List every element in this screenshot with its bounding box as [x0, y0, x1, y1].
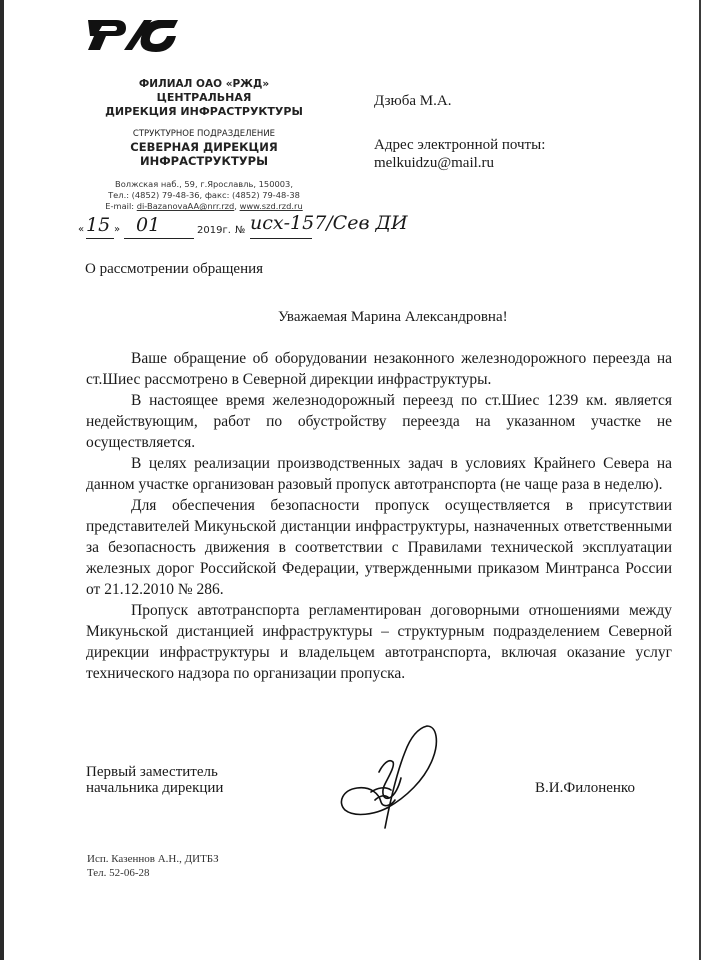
signatory-title-line-2: начальника дирекции [86, 780, 223, 796]
signatory-name: В.И.Филоненко [535, 780, 635, 797]
subdivision-label: СТРУКТУРНОЕ ПОДРАЗДЕЛЕНИЕ [84, 128, 324, 140]
letter-subject: О рассмотрении обращения [85, 261, 263, 278]
day-underline [86, 238, 114, 239]
number-underline [250, 238, 312, 239]
recipient-name: Дзюба М.А. [374, 92, 545, 110]
open-quote: « [78, 224, 84, 235]
subdivision-block: СТРУКТУРНОЕ ПОДРАЗДЕЛЕНИЕ СЕВЕРНАЯ ДИРЕК… [84, 128, 324, 168]
paragraph: Для обеспечения безопасности пропуск осу… [86, 495, 672, 600]
date-number-line: « 15 » 01 2019г. № исх-157/Сев ДИ [74, 214, 404, 242]
paragraph: В настоящее время железнодорожный переез… [86, 390, 672, 453]
org-line-2: ЦЕНТРАЛЬНАЯ [84, 91, 324, 105]
postal-address: Волжская наб., 59, г.Ярославль, 150003, [84, 179, 324, 190]
email-label: E-mail: [105, 201, 136, 211]
email-web-line: E-mail: di-BazanovaAA@nrr.rzd, www.szd.r… [84, 201, 324, 212]
executor-phone: Тел. 52-06-28 [87, 866, 219, 880]
org-email-link[interactable]: di-BazanovaAA@nrr.rzd [137, 201, 235, 211]
date-month: 01 [136, 214, 160, 236]
website-link[interactable]: www.szd.rzd.ru [240, 201, 303, 211]
scan-edge-left [0, 0, 4, 960]
paragraph: Пропуск автотранспорта регламентирован д… [86, 600, 672, 684]
signatory-title-line-1: Первый заместитель [86, 764, 223, 780]
close-quote: » [114, 224, 120, 235]
recipient-email[interactable]: melkuidzu@mail.ru [374, 154, 545, 172]
recipient-block: Дзюба М.А. Адрес электронной почты: melk… [374, 92, 545, 172]
paragraph: Ваше обращение об оборудовании незаконно… [86, 348, 672, 390]
phone-fax: Тел.: (4852) 79-48-36, факс: (4852) 79-4… [84, 190, 324, 201]
number-label: № [235, 225, 245, 236]
executor-name: Исп. Казеннов А.Н., ДИТБЗ [87, 852, 219, 866]
salutation: Уважаемая Марина Александровна! [278, 309, 508, 326]
paragraph: В целях реализации производственных зада… [86, 453, 672, 495]
date-year: 2019г. [197, 225, 231, 236]
date-day: 15 [86, 214, 110, 236]
org-line-1: ФИЛИАЛ ОАО «РЖД» [84, 77, 324, 91]
org-block: ФИЛИАЛ ОАО «РЖД» ЦЕНТРАЛЬНАЯ ДИРЕКЦИЯ ИН… [84, 77, 324, 119]
org-line-3: ДИРЕКЦИЯ ИНФРАСТРУКТУРЫ [84, 105, 324, 119]
recipient-email-label: Адрес электронной почты: [374, 136, 545, 154]
outgoing-number: исх-157/Сев ДИ [250, 212, 408, 234]
rzd-logo-icon [86, 14, 182, 54]
letter-body: Ваше обращение об оборудовании незаконно… [86, 348, 672, 684]
signatory-title: Первый заместитель начальника дирекции [86, 764, 223, 796]
executor-footer: Исп. Казеннов А.Н., ДИТБЗ Тел. 52-06-28 [87, 852, 219, 880]
subdivision-name-1: СЕВЕРНАЯ ДИРЕКЦИЯ [84, 140, 324, 154]
month-underline [124, 238, 194, 239]
handwritten-signature-icon [335, 722, 455, 832]
contact-block: Волжская наб., 59, г.Ярославль, 150003, … [84, 179, 324, 212]
subdivision-name-2: ИНФРАСТРУКТУРЫ [84, 154, 324, 168]
